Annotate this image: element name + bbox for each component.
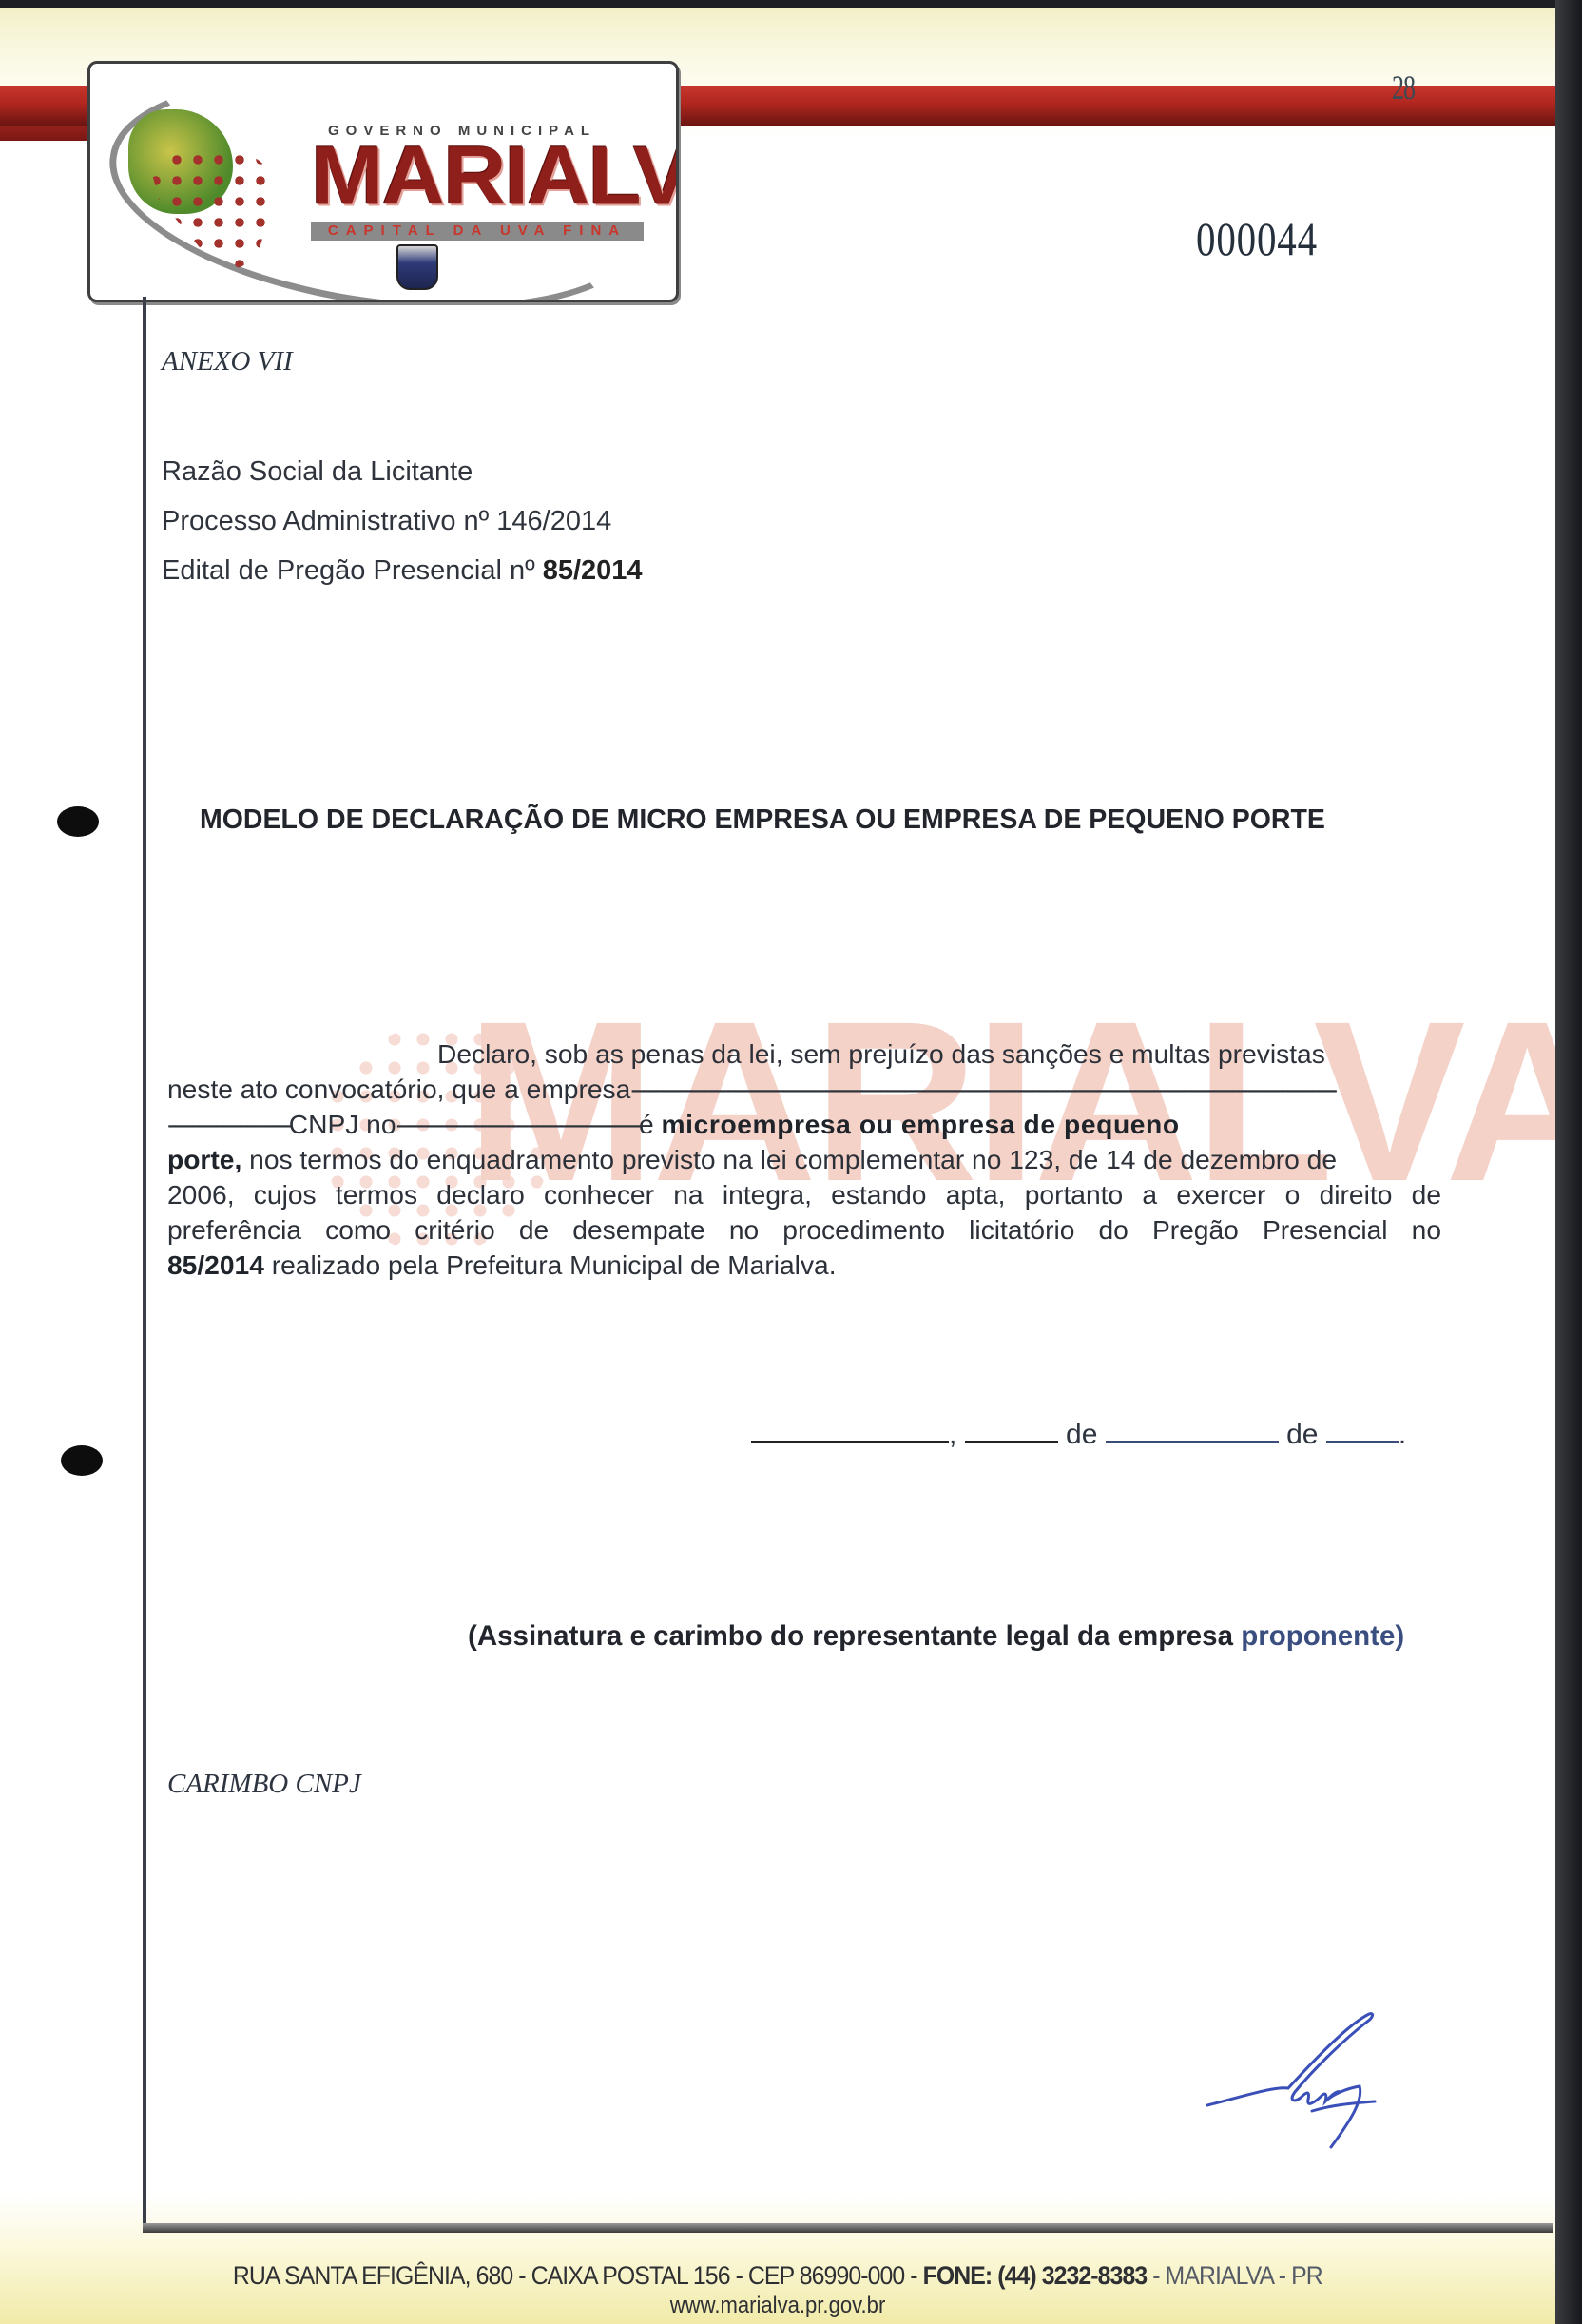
footer-phone: FONE: (44) 3232-8383	[923, 2261, 1148, 2290]
signature-caption: (Assinatura e carimbo do representante l…	[468, 1620, 1404, 1653]
city-blank	[751, 1431, 949, 1443]
punch-hole	[57, 806, 99, 837]
field-label: Razão Social da Licitante	[162, 456, 473, 487]
protocol-stamp: 000044	[1196, 211, 1318, 266]
field-value: 85/2014	[543, 555, 643, 586]
scan-edge	[1555, 0, 1582, 2324]
marialva-logo: GOVERNO MUNICIPAL MARIALVA CAPITAL DA UV…	[87, 61, 679, 302]
cnpj-stamp-label: CARIMBO CNPJ	[167, 1769, 361, 1800]
field-value: 146/2014	[496, 506, 611, 536]
body-line: 2006, cujos termos declaro conhecer na i…	[167, 1177, 1441, 1212]
document-page: 28 GOVERNO MUNICIPAL MARIALVA CAPITAL DA…	[0, 8, 1555, 2324]
cnpj-blank: ----------------------------------------	[396, 1109, 639, 1139]
day-blank	[965, 1431, 1058, 1443]
field-label: Processo Administrativo nº	[162, 506, 489, 536]
body-line: neste ato convocatório, que a empresa---…	[167, 1072, 1441, 1107]
declaration-body: Declaro, sob as penas da lei, sem prejuí…	[167, 1036, 1441, 1283]
body-line: Declaro, sob as penas da lei, sem prejuí…	[167, 1036, 1441, 1072]
footer-website: www.marialva.pr.gov.br	[62, 2293, 1493, 2319]
date-place-line: , de de .	[751, 1419, 1406, 1451]
field-razao-social: Razão Social da Licitante	[162, 456, 473, 488]
punch-hole	[61, 1445, 103, 1476]
field-edital: Edital de Pregão Presencial nº 85/2014	[162, 555, 643, 587]
page-number: 28	[1392, 68, 1415, 108]
company-name-blank: ----------------------------------------…	[630, 1074, 1335, 1104]
page-footer: RUA SANTA EFIGÊNIA, 680 - CAIXA POSTAL 1…	[0, 2261, 1555, 2319]
frame-bottom-rule	[143, 2223, 1553, 2233]
field-label: Edital de Pregão Presencial nº	[162, 555, 535, 586]
month-blank	[1106, 1431, 1279, 1443]
annex-heading: ANEXO VII	[162, 346, 293, 378]
field-processo: Processo Administrativo nº 146/2014	[162, 506, 611, 537]
body-line: --------------------CNPJ no-------------…	[167, 1107, 1441, 1142]
body-line: porte, nos termos do enquadramento previ…	[167, 1142, 1441, 1177]
footer-address: RUA SANTA EFIGÊNIA, 680 - CAIXA POSTAL 1…	[233, 2261, 1322, 2291]
handwritten-signature	[1188, 2004, 1417, 2185]
logo-city-name: MARIALVA	[311, 134, 679, 217]
logo-tagline: CAPITAL DA UVA FINA	[311, 222, 644, 241]
year-blank	[1326, 1431, 1399, 1443]
body-line: preferência como critério de desempate n…	[167, 1212, 1441, 1248]
coat-of-arms-icon	[396, 244, 438, 290]
document-title: MODELO DE DECLARAÇÃO DE MICRO EMPRESA OU…	[200, 804, 1325, 836]
body-line: 85/2014 realizado pela Prefeitura Munici…	[167, 1248, 1441, 1283]
